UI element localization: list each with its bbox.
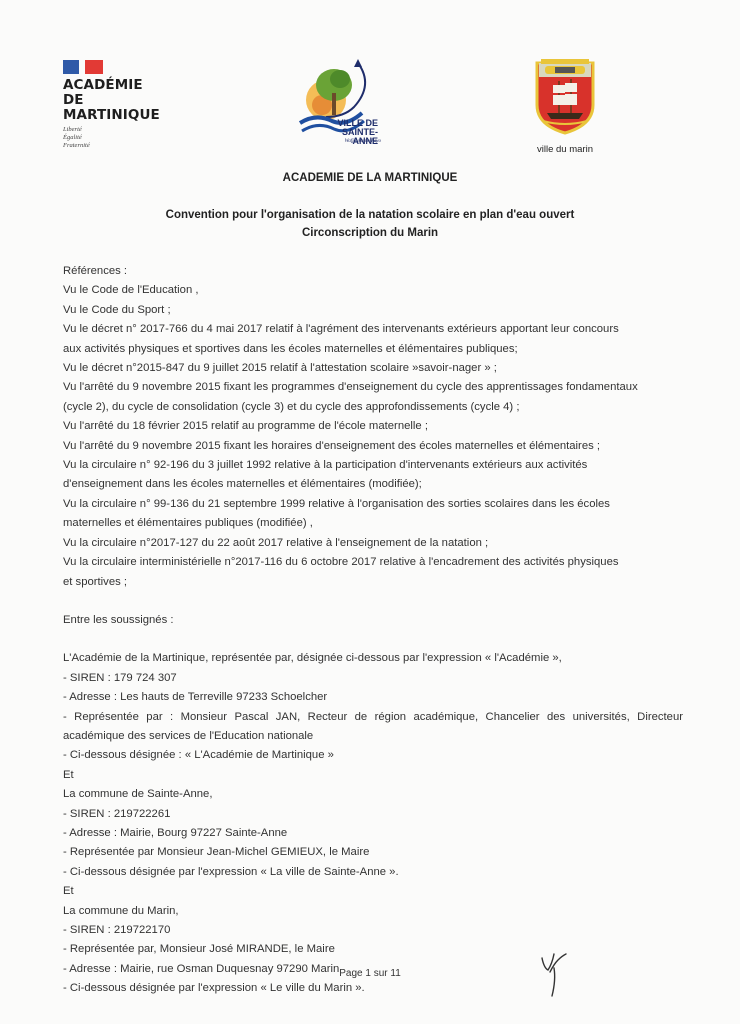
document-subtitle: Convention pour l'organisation de la nat…	[0, 206, 740, 242]
reference-line: d'enseignement dans les écoles maternell…	[63, 475, 683, 494]
sainte-anne-representee: - Représentée par Monsieur Jean-Michel G…	[63, 843, 683, 862]
academie-siren: - SIREN : 179 724 307	[63, 669, 683, 688]
references-list: Vu le Code de l'Education , Vu le Code d…	[63, 281, 683, 592]
document-body: Références : Vu le Code de l'Education ,…	[63, 262, 683, 999]
party-academie: L'Académie de la Martinique, représentée…	[63, 649, 683, 765]
marin-representee: - Représentée par, Monsieur José MIRANDE…	[63, 940, 683, 959]
reference-line: Vu l'arrêté du 18 février 2015 relatif a…	[63, 417, 683, 436]
academie-representee: - Représentée par : Monsieur Pascal JAN,…	[63, 708, 683, 747]
reference-line: Vu la circulaire n°2017-127 du 22 août 2…	[63, 534, 683, 553]
reference-line: maternelles et élémentaires publiques (m…	[63, 514, 683, 533]
reference-line: Vu l'arrêté du 9 novembre 2015 fixant le…	[63, 437, 683, 456]
marin-coat-of-arms-icon	[533, 55, 597, 135]
party-sainte-anne: La commune de Sainte-Anne, - SIREN : 219…	[63, 785, 683, 882]
signature-initials-icon	[536, 950, 576, 1000]
references-heading: Références :	[63, 262, 683, 281]
reference-line: Vu la circulaire n° 92-196 du 3 juillet …	[63, 456, 683, 475]
reference-line: Vu l'arrêté du 9 novembre 2015 fixant le…	[63, 378, 683, 397]
marin-intro: La commune du Marin,	[63, 902, 683, 921]
sainte-anne-adresse: - Adresse : Mairie, Bourg 97227 Sainte-A…	[63, 824, 683, 843]
academie-logo-line2: DE MARTINIQUE	[63, 93, 183, 123]
reference-line: Vu la circulaire n° 99-136 du 21 septemb…	[63, 495, 683, 514]
marin-designee: - Ci-dessous désignée par l'expression «…	[63, 979, 683, 998]
et-separator: Et	[63, 882, 683, 901]
reference-line: et sportives ;	[63, 573, 683, 592]
subtitle-line1: Convention pour l'organisation de la nat…	[0, 206, 740, 224]
reference-line: Vu le Code du Sport ;	[63, 301, 683, 320]
subtitle-line2: Circonscription du Marin	[0, 224, 740, 242]
reference-line: Vu le décret n°2015-847 du 9 juillet 201…	[63, 359, 683, 378]
sainte-anne-designee: - Ci-dessous désignée par l'expression «…	[63, 863, 683, 882]
marin-siren: - SIREN : 219722170	[63, 921, 683, 940]
sainte-anne-intro: La commune de Sainte-Anne,	[63, 785, 683, 804]
academie-logo-line1: ACADÉMIE	[63, 78, 183, 93]
academie-designee: - Ci-dessous désignée : « L'Académie de …	[63, 746, 683, 765]
reference-line: (cycle 2), du cycle de consolidation (cy…	[63, 398, 683, 417]
motto-liberte: Liberté	[63, 126, 183, 134]
marin-logo-caption: ville du marin	[520, 144, 610, 155]
academie-martinique-logo: ACADÉMIE DE MARTINIQUE Liberté Égalité F…	[63, 60, 183, 150]
sainte-anne-tagline: Wafjouhamo Peyo	[321, 139, 381, 144]
document-title: ACADEMIE DE LA MARTINIQUE	[0, 172, 740, 184]
motto-fraternite: Fraternité	[63, 142, 183, 150]
document-page: ACADÉMIE DE MARTINIQUE Liberté Égalité F…	[0, 0, 740, 1024]
academie-intro: L'Académie de la Martinique, représentée…	[63, 649, 683, 668]
academie-adresse: - Adresse : Les hauts de Terreville 9723…	[63, 688, 683, 707]
reference-line: Vu la circulaire interministérielle n°20…	[63, 553, 683, 572]
party-marin: La commune du Marin, - SIREN : 219722170…	[63, 902, 683, 999]
ville-du-marin-logo: ville du marin	[520, 55, 610, 155]
page-number: Page 1 sur 11	[0, 968, 740, 979]
republic-motto: Liberté Égalité Fraternité	[63, 126, 183, 150]
marianne-flag-icon	[63, 60, 103, 74]
sainte-anne-siren: - SIREN : 219722261	[63, 805, 683, 824]
sainte-anne-logo: VILLE DE SAINTE-ANNE Wafjouhamo Peyo	[296, 55, 396, 155]
reference-line: Vu le Code de l'Education ,	[63, 281, 683, 300]
motto-egalite: Égalité	[63, 134, 183, 142]
reference-line: aux activités physiques et sportives dan…	[63, 340, 683, 359]
parties-heading: Entre les soussignés :	[63, 611, 683, 630]
reference-line: Vu le décret n° 2017-766 du 4 mai 2017 r…	[63, 320, 683, 339]
et-separator: Et	[63, 766, 683, 785]
